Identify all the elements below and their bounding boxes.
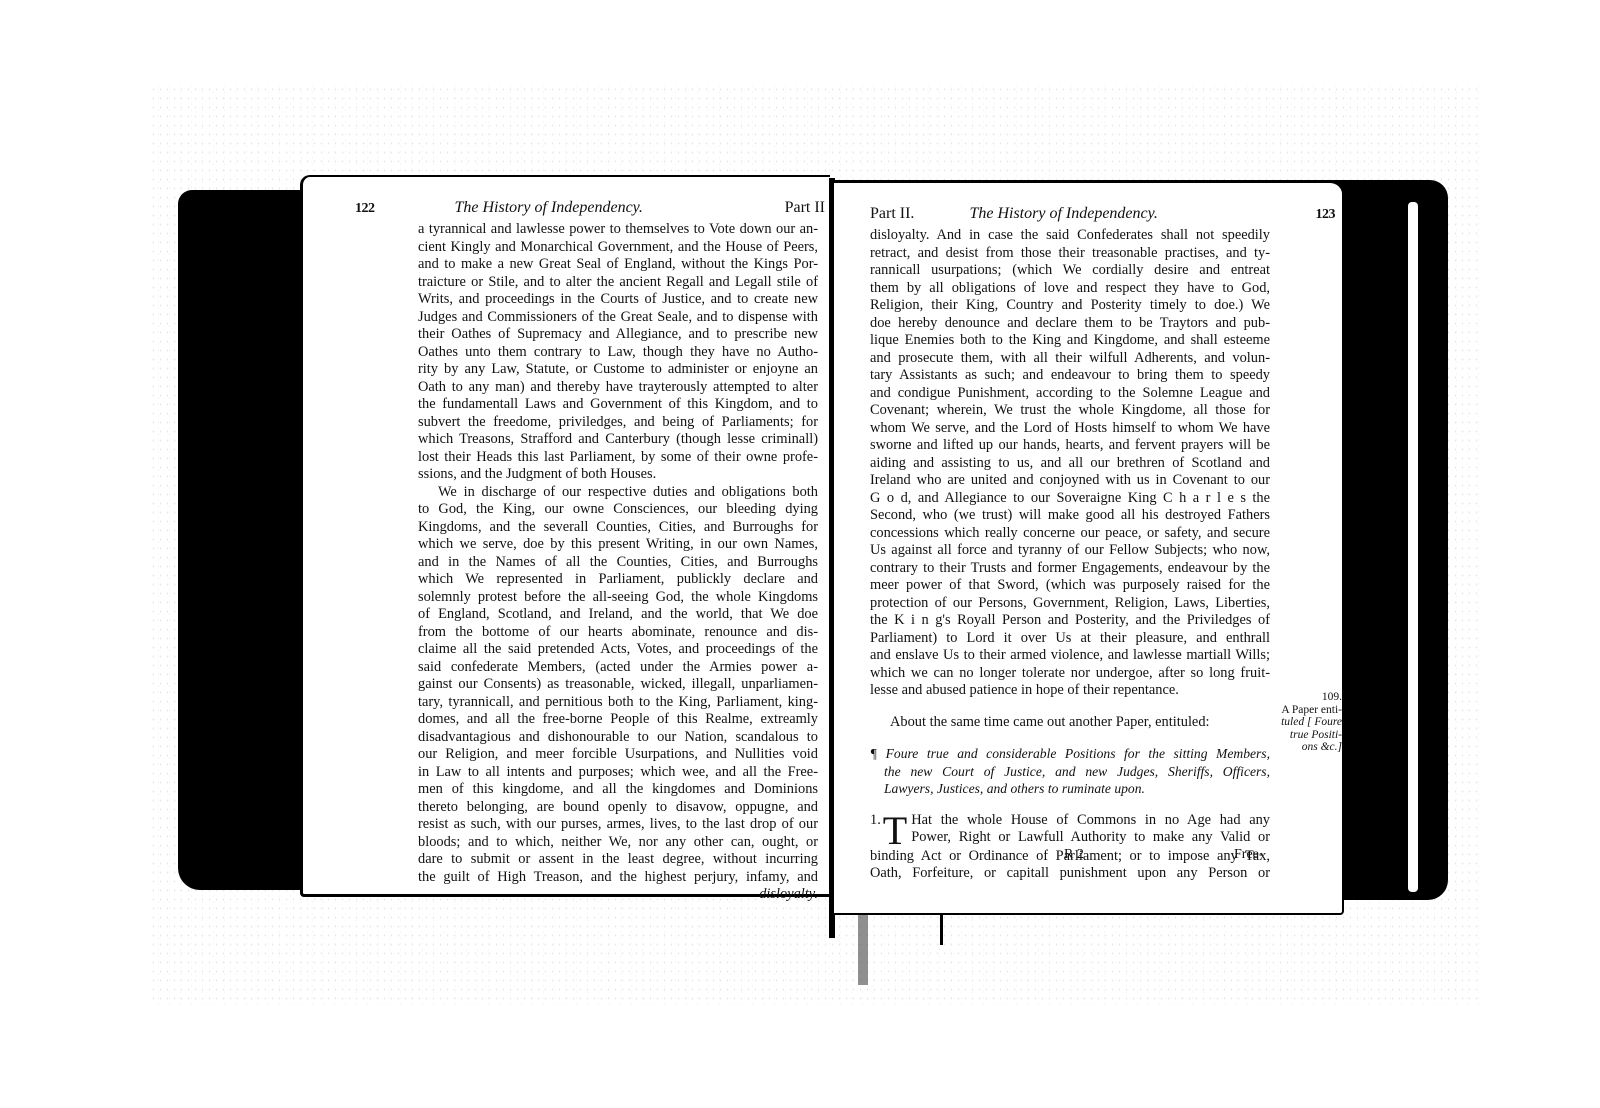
text-line: of England, Scotland, and Ireland, and t… — [418, 606, 818, 624]
text-line: claime all the said pretended Acts, Vote… — [418, 641, 818, 659]
text-line: gainst our Consents) as treasonable, wic… — [418, 676, 818, 694]
text-line: and prosecute them, with all their wilfu… — [870, 350, 1270, 368]
text-line: Ireland who are united and conjoyned wit… — [870, 472, 1270, 490]
right-running-title: The History of Independency. — [969, 205, 1157, 223]
text-line: We in discharge of our respective duties… — [418, 484, 818, 502]
text-line: their Oathes of Supremacy and Allegiance… — [418, 326, 818, 344]
text-line: our Religion, and meer forcible Usurpati… — [418, 746, 818, 764]
text-line: the K i n g's Royall Person and Posterit… — [870, 612, 1270, 630]
text-line: Parliament) to Lord it over Us at their … — [870, 630, 1270, 648]
text-line: lesse and abused patience in hope of the… — [870, 682, 1270, 700]
text-line: and enslave Us to their armed violence, … — [870, 647, 1270, 665]
left-running-head: 122 The History of Independency. Part II — [355, 199, 825, 217]
text-line: said confederate Members, (acted under t… — [418, 659, 818, 677]
text-line: Us against all force and tyranny of our … — [870, 542, 1270, 560]
text-line: Hat the whole House of Commons in no Age… — [870, 812, 1270, 830]
text-line: ssions, and the Judgment of both Houses. — [418, 466, 818, 484]
paper-title-line: Lawyers, Justices, and others to ruminat… — [870, 780, 1270, 798]
page-edges-right — [1408, 202, 1418, 892]
text-line: which we serve, doe by this present Writ… — [418, 536, 818, 554]
text-line: Writs, and proceedings in the Courts of … — [418, 291, 818, 309]
text-line: sworne and lifted up our hands, hearts, … — [870, 437, 1270, 455]
text-line: thereto belonging, are bound openly to d… — [418, 799, 818, 817]
text-line: Kingdoms, and the severall Counties, Cit… — [418, 519, 818, 537]
text-line: and condigue Punishment, according to th… — [870, 385, 1270, 403]
text-line: doe hereby denounce and declare them to … — [870, 315, 1270, 333]
book-cover-right — [1330, 180, 1448, 900]
text-line: Judges and Commissioners of the Great Se… — [418, 309, 818, 327]
right-page: Part II. The History of Independency. 12… — [834, 180, 1344, 915]
text-line: resist as such, with our purses, armes, … — [418, 816, 818, 834]
text-line: concessions which really concerne our pe… — [870, 525, 1270, 543]
signature-mark: R 2 — [1064, 847, 1084, 863]
text-line: from the bottome of our hearts abominate… — [418, 624, 818, 642]
text-line: aiding and assisting to us, and all our … — [870, 455, 1270, 473]
text-line: cient Kingly and Monarchical Government,… — [418, 239, 818, 257]
paper-title-line: ¶ Foure true and considerable Positions … — [870, 745, 1270, 763]
text-line: Oath to any man) and thereby have trayte… — [418, 379, 818, 397]
left-page: 122 The History of Independency. Part II… — [300, 175, 830, 897]
text-line: which We represented in Parliament, publ… — [418, 571, 818, 589]
text-line: Covenant; wherein, We trust the whole Ki… — [870, 402, 1270, 420]
margin-note-line: A Paper enti- — [1270, 704, 1342, 717]
text-line: retract, and desist from those their tre… — [870, 245, 1270, 263]
text-line: lost their Heads this last Parliament, b… — [418, 449, 818, 467]
text-line: the fundamentall Laws and Government of … — [418, 396, 818, 414]
margin-note-line: tuled [ Foure — [1270, 716, 1342, 729]
text-line: the guilt of High Treason, and the highe… — [418, 869, 818, 887]
right-running-head: Part II. The History of Independency. 12… — [870, 205, 1335, 223]
margin-note-line: ons &c.] — [1270, 741, 1342, 754]
margin-note: 109. A Paper enti- tuled [ Foure true Po… — [1270, 691, 1342, 754]
left-running-title: The History of Independency. — [455, 199, 643, 217]
text-line: a tyrannical and lawlesse power to thems… — [418, 221, 818, 239]
text-line: Oath, Forfeiture, or capitall punishment… — [870, 865, 1270, 883]
left-text-column: a tyrannical and lawlesse power to thems… — [418, 221, 818, 904]
text-line: which Treasons, Strafford and Canterbury… — [418, 431, 818, 449]
text-line: Power, Right or Lawfull Authority to mak… — [870, 829, 1270, 847]
text-line: solemnly protest before the all-seeing G… — [418, 589, 818, 607]
text-line: whom We serve, and the Lord of Hosts him… — [870, 420, 1270, 438]
margin-note-line: true Positi- — [1270, 729, 1342, 742]
text-line: which we can no longer tolerate nor unde… — [870, 665, 1270, 683]
text-line: rannicall usurpations; (which We cordial… — [870, 262, 1270, 280]
intro-line: About the same time came out another Pap… — [870, 714, 1270, 732]
right-text-column: disloyalty. And in case the said Confede… — [870, 227, 1270, 883]
text-line: in Law to all intents and purposes; whic… — [418, 764, 818, 782]
text-line: Second, who (we trust) will make good al… — [870, 507, 1270, 525]
text-line: and to make a new Great Seal of England,… — [418, 256, 818, 274]
text-line: tary Assistants as such; and endeavour t… — [870, 367, 1270, 385]
text-line: Religion, their King, Country and Poster… — [870, 297, 1270, 315]
margin-note-number: 109. — [1270, 691, 1342, 704]
text-line: to God, the King, our owne Consciences, … — [418, 501, 818, 519]
text-line: domes, and all the free-borne People of … — [418, 711, 818, 729]
catchword: disloyalty. — [418, 886, 818, 904]
catchword: Free- — [1234, 847, 1264, 863]
text-line: protection of our Persons, Government, R… — [870, 595, 1270, 613]
paper-title-line: the new Court of Justice, and new Judges… — [870, 763, 1270, 781]
left-page-number: 122 — [355, 201, 375, 217]
text-line: tary, tyrannicall, and pernitious both t… — [418, 694, 818, 712]
text-line: them by all obligations of love and resp… — [870, 280, 1270, 298]
right-page-number: 123 — [1316, 207, 1336, 223]
text-line: disloyalty. And in case the said Confede… — [870, 227, 1270, 245]
text-line: rity by any Law, Statute, or Custome to … — [418, 361, 818, 379]
text-line: lique Enemies both to the King and Kingd… — [870, 332, 1270, 350]
text-line: dare to submit or assent in the least de… — [418, 851, 818, 869]
text-line: contrary to their Trusts and former Enga… — [870, 560, 1270, 578]
text-line: subvert the freedome, priviledges, and b… — [418, 414, 818, 432]
drop-cap: T — [883, 814, 907, 848]
text-line: men of this kingdome, and all the kingdo… — [418, 781, 818, 799]
text-line: meer power of that Sword, (which was pur… — [870, 577, 1270, 595]
gutter-shadow — [858, 905, 868, 985]
text-line: traicture or Stile, and to alter the anc… — [418, 274, 818, 292]
left-part-label: Part II — [785, 199, 825, 217]
text-line: G o d, and Allegiance to our Soveraigne … — [870, 490, 1270, 508]
text-line: Oathes unto them contrary to Law, though… — [418, 344, 818, 362]
text-line: bloods; and to which, neither We, nor an… — [418, 834, 818, 852]
text-line: disadvantagious and dishonourable to our… — [418, 729, 818, 747]
right-part-label: Part II. — [870, 205, 914, 223]
position-number: 1. — [870, 812, 881, 830]
text-line: and in the Names of all the Counties, Ci… — [418, 554, 818, 572]
